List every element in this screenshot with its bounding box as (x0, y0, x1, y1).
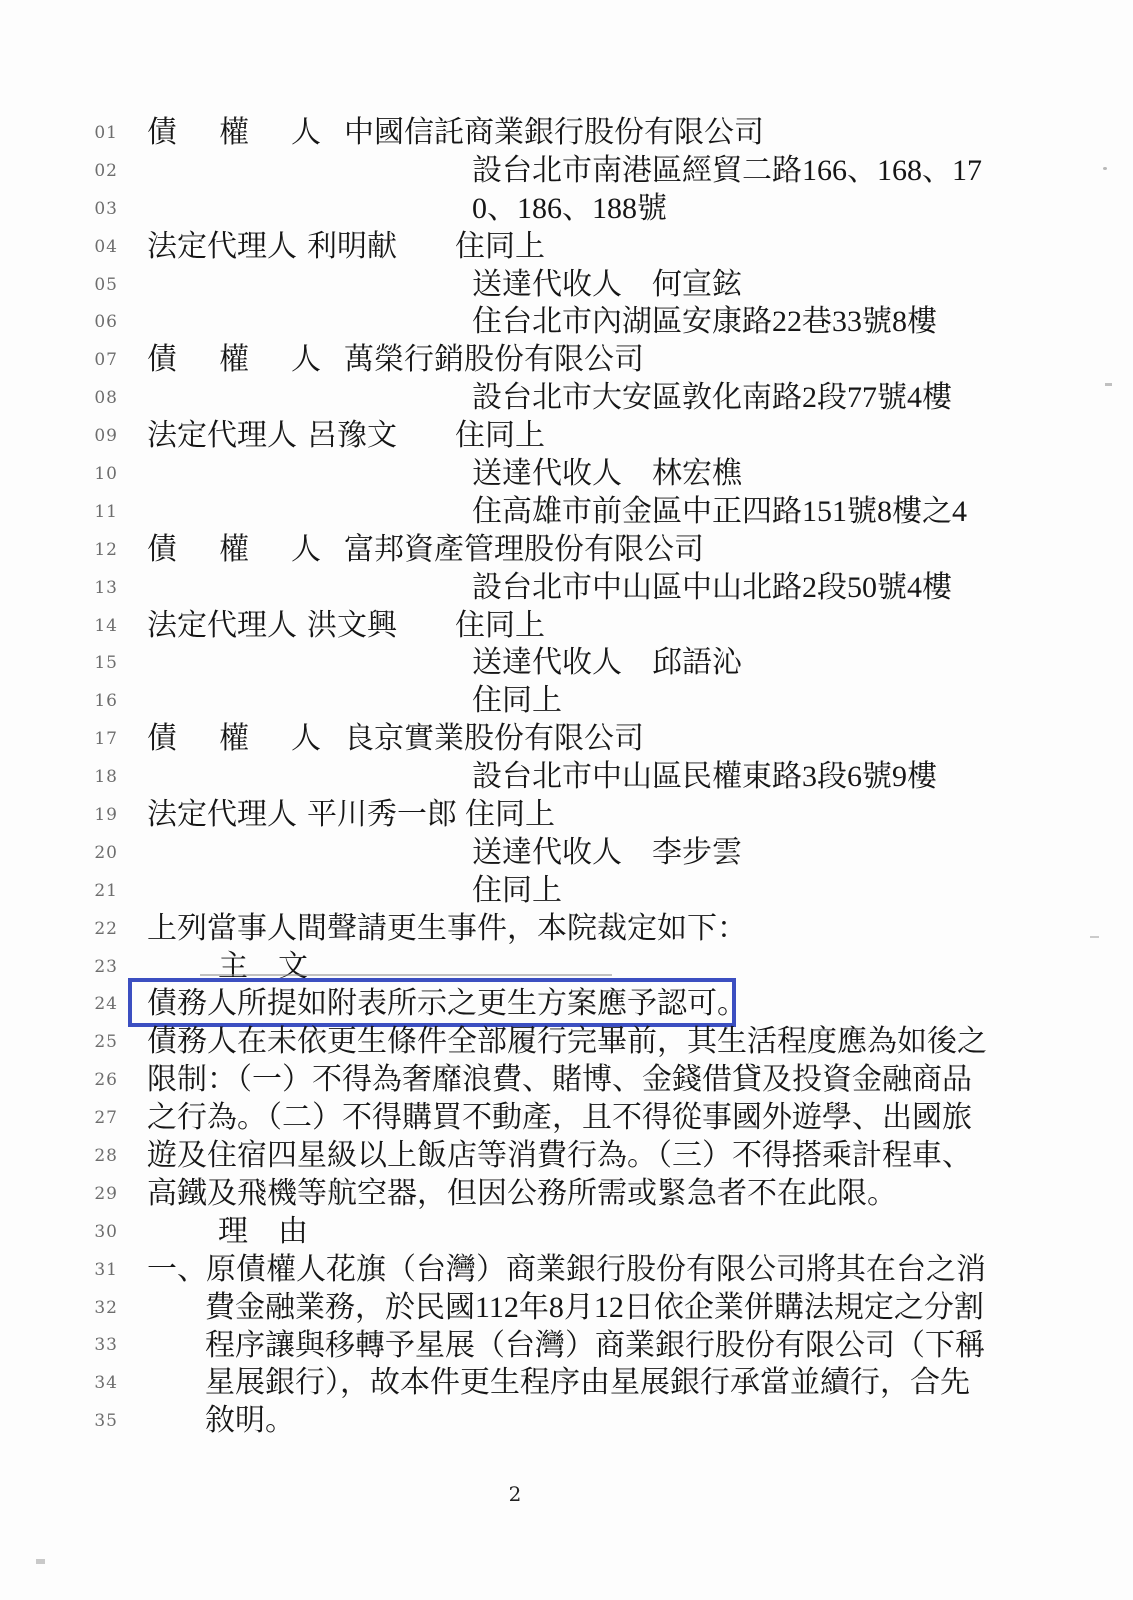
line-row: 26限制：（一）不得為奢靡浪費、賭博、金錢借貸及投資金融商品 (0, 1061, 1133, 1099)
agent-name: 利明献 (307, 228, 447, 266)
line-content: 設台北市中山區民權東路3段6號9樓 (0, 758, 1133, 796)
line-content: 0、186、188號 (0, 190, 1133, 228)
line-text: 送達代收人 林宏樵 (472, 455, 742, 493)
line-content: 敘明。 (0, 1402, 1133, 1440)
line-row: 14法定代理人洪文興住同上 (0, 607, 1133, 645)
line-text: 敘明。 (205, 1402, 295, 1440)
line-content: 送達代收人 李步雲 (0, 834, 1133, 872)
line-content: 住台北市內湖區安康路22巷33號8樓 (0, 303, 1133, 341)
line-row: 31一、原債權人花旗（台灣）商業銀行股份有限公司將其在台之消 (0, 1251, 1133, 1289)
line-row: 25債務人在未依更生條件全部履行完畢前，其生活程度應為如後之 (0, 1023, 1133, 1061)
line-text: 高鐵及飛機等航空器，但因公務所需或緊急者不在此限。 (147, 1175, 897, 1213)
line-row: 30理 由 (0, 1213, 1133, 1251)
line-text: 債務人在未依更生條件全部履行完畢前，其生活程度應為如後之 (147, 1023, 987, 1061)
line-text: 0、186、188號 (472, 190, 667, 228)
agent-name: 呂豫文 (307, 417, 447, 455)
line-row: 15送達代收人 邱語沁 (0, 644, 1133, 682)
agent-label: 法定代理人 (147, 607, 307, 645)
line-text: 住高雄市前金區中正四路151號8樓之4 (472, 493, 967, 531)
line-content: 一、原債權人花旗（台灣）商業銀行股份有限公司將其在台之消 (0, 1251, 1133, 1289)
line-row: 06住台北市內湖區安康路22巷33號8樓 (0, 303, 1133, 341)
party-label: 債 權 人 (147, 341, 344, 379)
line-row: 12債 權 人富邦資產管理股份有限公司 (0, 531, 1133, 569)
line-row: 35敘明。 (0, 1402, 1133, 1440)
line-text: 設台北市中山區民權東路3段6號9樓 (472, 758, 937, 796)
line-row: 32費金融業務，於民國112年8月12日依企業併購法規定之分割 (0, 1289, 1133, 1327)
line-text: 上列當事人間聲請更生事件，本院裁定如下： (147, 910, 747, 948)
line-row: 27之行為。（二）不得購買不動產，且不得從事國外遊學、出國旅 (0, 1099, 1133, 1137)
scan-artifact-smudge (36, 1559, 45, 1564)
line-text: 星展銀行），故本件更生程序由星展銀行承當並續行，合先 (205, 1364, 970, 1402)
line-content: 債 權 人良京實業股份有限公司 (0, 720, 1133, 758)
line-content: 上列當事人間聲請更生事件，本院裁定如下： (0, 910, 1133, 948)
line-text: 送達代收人 何宣鉉 (472, 266, 742, 304)
line-row: 11住高雄市前金區中正四路151號8樓之4 (0, 493, 1133, 531)
line-text: 設台北市大安區敦化南路2段77號4樓 (472, 379, 952, 417)
line-row: 18設台北市中山區民權東路3段6號9樓 (0, 758, 1133, 796)
line-row: 05送達代收人 何宣鉉 (0, 266, 1133, 304)
line-text: 費金融業務，於民國112年8月12日依企業併購法規定之分割 (205, 1289, 984, 1327)
line-content: 法定代理人平川秀一郎住同上 (0, 796, 1133, 834)
line-row: 030、186、188號 (0, 190, 1133, 228)
line-content: 債 權 人萬榮行銷股份有限公司 (0, 341, 1133, 379)
document-lines: 01債 權 人中國信託商業銀行股份有限公司02設台北市南港區經貿二路166、16… (0, 114, 1133, 1440)
line-row: 02設台北市南港區經貿二路166、168、17 (0, 152, 1133, 190)
agent-label: 法定代理人 (147, 228, 307, 266)
line-row: 34星展銀行），故本件更生程序由星展銀行承當並續行，合先 (0, 1364, 1133, 1402)
agent-label: 法定代理人 (147, 796, 307, 834)
line-row: 07債 權 人萬榮行銷股份有限公司 (0, 341, 1133, 379)
party-name: 中國信託商業銀行股份有限公司 (344, 114, 764, 152)
reason-text: 原債權人花旗（台灣）商業銀行股份有限公司將其在台之消 (206, 1251, 986, 1289)
line-content: 住同上 (0, 872, 1133, 910)
line-row: 01債 權 人中國信託商業銀行股份有限公司 (0, 114, 1133, 152)
line-row: 28遊及住宿四星級以上飯店等消費行為。（三）不得搭乘計程車、 (0, 1137, 1133, 1175)
line-content: 住高雄市前金區中正四路151號8樓之4 (0, 493, 1133, 531)
line-content: 債 權 人富邦資產管理股份有限公司 (0, 531, 1133, 569)
line-content: 設台北市大安區敦化南路2段77號4樓 (0, 379, 1133, 417)
line-text: 住台北市內湖區安康路22巷33號8樓 (472, 303, 937, 341)
line-content: 住同上 (0, 682, 1133, 720)
line-row: 20送達代收人 李步雲 (0, 834, 1133, 872)
party-name: 富邦資產管理股份有限公司 (344, 531, 704, 569)
section-heading: 理 由 (218, 1213, 308, 1251)
party-label: 債 權 人 (147, 531, 344, 569)
page-number: 2 (500, 1482, 530, 1506)
line-row: 24債務人所提如附表所示之更生方案應予認可。 (0, 985, 1133, 1023)
line-content: 債務人在未依更生條件全部履行完畢前，其生活程度應為如後之 (0, 1023, 1133, 1061)
line-content: 法定代理人洪文興住同上 (0, 607, 1133, 645)
line-text: 住同上 (472, 872, 562, 910)
line-row: 16住同上 (0, 682, 1133, 720)
line-text: 設台北市中山區中山北路2段50號4樓 (472, 569, 952, 607)
line-row: 33程序讓與移轉予星展（台灣）商業銀行股份有限公司（下稱 (0, 1327, 1133, 1365)
line-text: 限制：（一）不得為奢靡浪費、賭博、金錢借貸及投資金融商品 (147, 1061, 972, 1099)
agent-name: 平川秀一郎 (307, 796, 457, 834)
agent-name: 洪文興 (307, 607, 447, 645)
line-content: 費金融業務，於民國112年8月12日依企業併購法規定之分割 (0, 1289, 1133, 1327)
line-row: 09法定代理人呂豫文住同上 (0, 417, 1133, 455)
line-content: 程序讓與移轉予星展（台灣）商業銀行股份有限公司（下稱 (0, 1327, 1133, 1365)
line-text: 住同上 (472, 682, 562, 720)
party-label: 債 權 人 (147, 720, 344, 758)
line-text: 債務人所提如附表所示之更生方案應予認可。 (147, 985, 747, 1023)
line-content: 遊及住宿四星級以上飯店等消費行為。（三）不得搭乘計程車、 (0, 1137, 1133, 1175)
residence-text: 住同上 (455, 228, 545, 266)
line-content: 送達代收人 邱語沁 (0, 644, 1133, 682)
line-content: 之行為。（二）不得購買不動產，且不得從事國外遊學、出國旅 (0, 1099, 1133, 1137)
line-row: 08設台北市大安區敦化南路2段77號4樓 (0, 379, 1133, 417)
line-text: 程序讓與移轉予星展（台灣）商業銀行股份有限公司（下稱 (205, 1327, 985, 1365)
party-name: 萬榮行銷股份有限公司 (344, 341, 644, 379)
line-content: 法定代理人呂豫文住同上 (0, 417, 1133, 455)
line-text: 送達代收人 邱語沁 (472, 644, 742, 682)
line-row: 29高鐵及飛機等航空器，但因公務所需或緊急者不在此限。 (0, 1175, 1133, 1213)
residence-text: 住同上 (455, 607, 545, 645)
party-name: 良京實業股份有限公司 (344, 720, 644, 758)
line-text: 送達代收人 李步雲 (472, 834, 742, 872)
line-row: 21住同上 (0, 872, 1133, 910)
line-content: 設台北市南港區經貿二路166、168、17 (0, 152, 1133, 190)
residence-text: 住同上 (465, 796, 555, 834)
line-content: 送達代收人 林宏樵 (0, 455, 1133, 493)
party-label: 債 權 人 (147, 114, 344, 152)
line-content: 法定代理人利明献住同上 (0, 228, 1133, 266)
court-ruling-scan: 01債 權 人中國信託商業銀行股份有限公司02設台北市南港區經貿二路166、16… (0, 0, 1133, 1600)
line-text: 之行為。（二）不得購買不動產，且不得從事國外遊學、出國旅 (147, 1099, 972, 1137)
line-text: 遊及住宿四星級以上飯店等消費行為。（三）不得搭乘計程車、 (147, 1137, 972, 1175)
section-heading: 主 文 (218, 948, 308, 986)
line-content: 主 文 (0, 948, 1133, 986)
line-row: 17債 權 人良京實業股份有限公司 (0, 720, 1133, 758)
line-row: 22上列當事人間聲請更生事件，本院裁定如下： (0, 910, 1133, 948)
line-row: 23主 文 (0, 948, 1133, 986)
agent-label: 法定代理人 (147, 417, 307, 455)
line-row: 13設台北市中山區中山北路2段50號4樓 (0, 569, 1133, 607)
line-content: 理 由 (0, 1213, 1133, 1251)
line-row: 19法定代理人平川秀一郎住同上 (0, 796, 1133, 834)
line-content: 限制：（一）不得為奢靡浪費、賭博、金錢借貸及投資金融商品 (0, 1061, 1133, 1099)
residence-text: 住同上 (455, 417, 545, 455)
line-content: 高鐵及飛機等航空器，但因公務所需或緊急者不在此限。 (0, 1175, 1133, 1213)
line-content: 送達代收人 何宣鉉 (0, 266, 1133, 304)
line-row: 04法定代理人利明献住同上 (0, 228, 1133, 266)
line-content: 債 權 人中國信託商業銀行股份有限公司 (0, 114, 1133, 152)
line-content: 星展銀行），故本件更生程序由星展銀行承當並續行，合先 (0, 1364, 1133, 1402)
reason-item-marker: 一、 (147, 1251, 206, 1289)
line-text: 設台北市南港區經貿二路166、168、17 (472, 152, 982, 190)
line-row: 10送達代收人 林宏樵 (0, 455, 1133, 493)
line-content: 債務人所提如附表所示之更生方案應予認可。 (0, 985, 1133, 1023)
line-content: 設台北市中山區中山北路2段50號4樓 (0, 569, 1133, 607)
